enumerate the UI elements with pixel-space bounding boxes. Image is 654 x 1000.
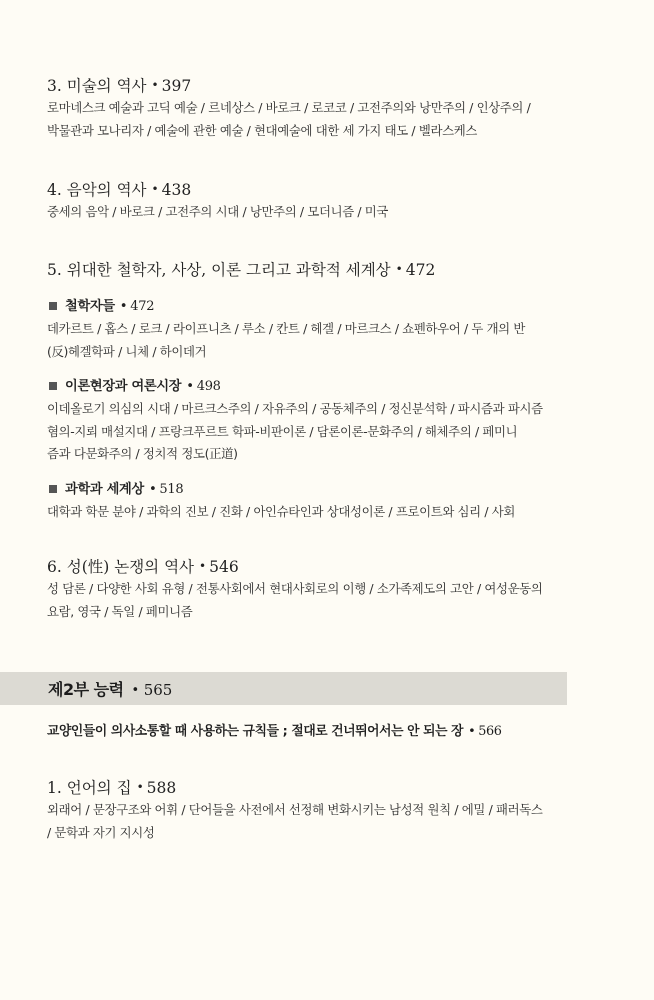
topic-line: 박물관과 모나리자 / 예술에 관한 예술 / 현대예술에 대한 세 가지 태도… [47,120,567,143]
page-number: 397 [162,77,192,95]
topic-line: 즘과 다문화주의 / 정치적 정도(正道) [47,443,567,466]
subsection-heading: 철학자들•472 [47,296,567,318]
bullet-separator: • [137,780,144,794]
square-bullet-icon [49,382,57,390]
bullet-separator: • [152,182,159,196]
intro-title: 교양인들이 의사소통할 때 사용하는 규칙들 ; 절대로 건너뛰어서는 안 되는… [47,724,463,739]
topic-line: / 문학과 자기 지시성 [47,822,567,845]
part-title-text: 제2부 능력 [48,680,124,699]
square-bullet-icon [49,302,57,310]
topic-line: 이데올로기 의심의 시대 / 마르크스주의 / 자유주의 / 공동체주의 / 정… [47,398,567,421]
section-title: 위대한 철학자, 사상, 이론 그리고 과학적 세계상 [67,261,391,279]
topic-list: 대학과 학문 분야 / 과학의 진보 / 진화 / 아인슈타인과 상대성이론 /… [47,501,567,524]
subsection-title: 이론현장과 여론시장 [65,379,181,394]
topic-line: 중세의 음악 / 바로크 / 고전주의 시대 / 낭만주의 / 모더니즘 / 미… [47,201,567,224]
section-title: 언어의 집 [67,779,132,797]
section-title: 미술의 역사 [67,77,147,95]
toc-entry-intro-chapter[interactable]: 교양인들이 의사소통할 때 사용하는 규칙들 ; 절대로 건너뛰어서는 안 되는… [47,720,501,739]
topic-list: 중세의 음악 / 바로크 / 고전주의 시대 / 낭만주의 / 모더니즘 / 미… [47,201,567,224]
bullet-separator: • [468,724,475,739]
section-number: 3. [47,77,62,95]
page-number: 438 [162,181,192,199]
section-heading: 4. 음악의 역사•438 [47,178,567,201]
subsection-heading: 이론현장과 여론시장•498 [47,376,567,398]
section-number: 5. [47,261,62,279]
toc-entry-philosophers[interactable]: 5. 위대한 철학자, 사상, 이론 그리고 과학적 세계상•472 [47,258,567,281]
bullet-separator: • [120,299,127,314]
bullet-separator: • [132,683,139,698]
page-number: 565 [144,681,173,699]
section-heading: 5. 위대한 철학자, 사상, 이론 그리고 과학적 세계상•472 [47,258,567,281]
bullet-separator: • [396,262,403,276]
section-title: 음악의 역사 [67,181,147,199]
toc-entry-gender-debate[interactable]: 6. 성(性) 논쟁의 역사•546 성 담론 / 다양한 사회 유형 / 전통… [47,555,567,623]
topic-line: 성 담론 / 다양한 사회 유형 / 전통사회에서 현대사회로의 이행 / 소가… [47,578,567,601]
toc-subentry-philosophers[interactable]: 철학자들•472 데카르트 / 홉스 / 로크 / 라이프니츠 / 루소 / 칸… [47,296,567,363]
topic-list: 로마네스크 예술과 고딕 예술 / 르네상스 / 바로크 / 로코코 / 고전주… [47,97,567,142]
page-number: 472 [130,299,154,314]
page-number: 518 [159,482,183,497]
page-number: 472 [406,261,436,279]
topic-line: 로마네스크 예술과 고딕 예술 / 르네상스 / 바로크 / 로코코 / 고전주… [47,97,567,120]
section-heading: 1. 언어의 집•588 [47,776,567,799]
part-title[interactable]: 제2부 능력•565 [48,677,172,700]
toc-subentry-theory-field[interactable]: 이론현장과 여론시장•498 이데올로기 의심의 시대 / 마르크스주의 / 자… [47,376,567,466]
square-bullet-icon [49,485,57,493]
section-title: 성(性) 논쟁의 역사 [67,558,194,576]
bullet-separator: • [152,78,159,92]
topic-list: 외래어 / 문장구조와 어휘 / 단어들을 사전에서 선정해 변화시키는 남성적… [47,799,567,844]
topic-list: 성 담론 / 다양한 사회 유형 / 전통사회에서 현대사회로의 이행 / 소가… [47,578,567,623]
topic-line: 요람, 영국 / 독일 / 페미니즘 [47,601,567,624]
toc-entry-music-history[interactable]: 4. 음악의 역사•438 중세의 음악 / 바로크 / 고전주의 시대 / 낭… [47,178,567,224]
topic-line: (反)헤겔학파 / 니체 / 하이데거 [47,341,567,364]
subsection-title: 철학자들 [65,299,115,314]
toc-subentry-science-worldview[interactable]: 과학과 세계상•518 대학과 학문 분야 / 과학의 진보 / 진화 / 아인… [47,479,567,524]
bullet-separator: • [186,379,193,394]
subsection-heading: 과학과 세계상•518 [47,479,567,501]
topic-line: 대학과 학문 분야 / 과학의 진보 / 진화 / 아인슈타인과 상대성이론 /… [47,501,567,524]
section-heading: 3. 미술의 역사•397 [47,74,567,97]
section-number: 4. [47,181,62,199]
bullet-separator: • [149,482,156,497]
page-number: 566 [478,724,501,739]
toc-entry-art-history[interactable]: 3. 미술의 역사•397 로마네스크 예술과 고딕 예술 / 르네상스 / 바… [47,74,567,142]
topic-line: 데카르트 / 홉스 / 로크 / 라이프니츠 / 루소 / 칸트 / 헤겔 / … [47,318,567,341]
topic-line: 외래어 / 문장구조와 어휘 / 단어들을 사전에서 선정해 변화시키는 남성적… [47,799,567,822]
topic-list: 데카르트 / 홉스 / 로크 / 라이프니츠 / 루소 / 칸트 / 헤겔 / … [47,318,567,363]
topic-list: 이데올로기 의심의 시대 / 마르크스주의 / 자유주의 / 공동체주의 / 정… [47,398,567,466]
page-number: 588 [147,779,177,797]
bullet-separator: • [199,559,206,573]
subsection-title: 과학과 세계상 [65,482,144,497]
section-heading: 6. 성(性) 논쟁의 역사•546 [47,555,567,578]
section-number: 6. [47,558,62,576]
page-number: 498 [197,379,221,394]
page-number: 546 [209,558,239,576]
section-number: 1. [47,779,62,797]
toc-entry-house-of-language[interactable]: 1. 언어의 집•588 외래어 / 문장구조와 어휘 / 단어들을 사전에서 … [47,776,567,844]
topic-line: 혐의-지뢰 매설지대 / 프랑크푸르트 학파-비판이론 / 담론이론-문화주의 … [47,421,567,444]
